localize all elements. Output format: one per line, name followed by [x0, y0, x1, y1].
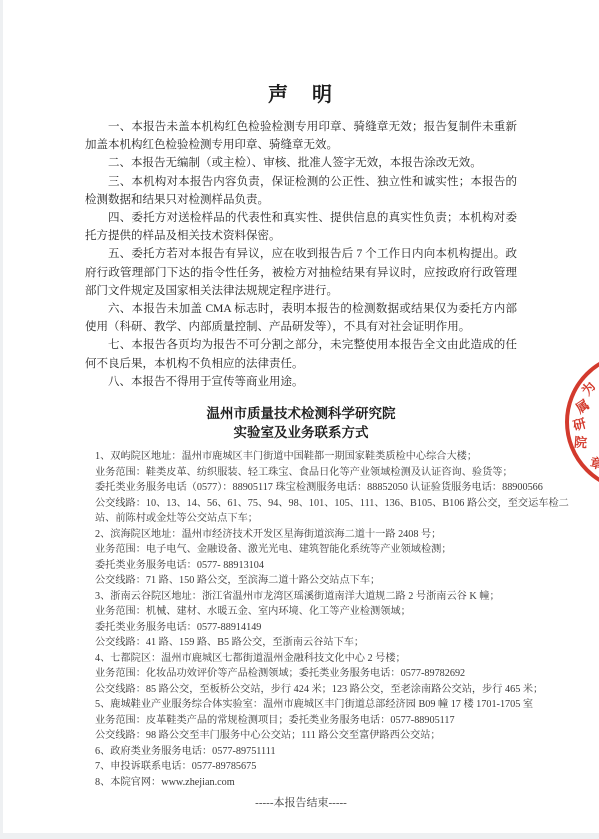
contact-line: 公交线路：71 路、150 路公交，至滨海二道十路公交站点下车； [95, 573, 579, 589]
statement-item-4: 四、委托方对送检样品的代表性和真实性、提供信息的真实性负责；本机构对委托方提供的… [85, 209, 517, 245]
contact-line: 委托类业务服务电话：0577- 88913104 [95, 558, 579, 574]
contact-line: 委托类业务服务电话（0577）：88905117 珠宝检测服务电话：888520… [95, 480, 579, 496]
contact-line: 公交线路：98 路公交至丰门服务中心公交站；111 路公交至富伊路西公交站； [95, 728, 579, 744]
institute-name: 温州市质量技术检测科学研究院 [3, 404, 599, 423]
stamp-character: 章 [589, 456, 599, 471]
contact-line: 公交线路：41 路、159 路、B5 路公交，至浙南云谷站下车； [95, 635, 579, 651]
report-end-line: -----本报告结束----- [3, 794, 599, 810]
contacts-section: 1、双屿院区地址：温州市鹿城区丰门街道中国鞋都一期国家鞋类质检中心综合大楼； 业… [95, 449, 579, 790]
contact-line: 1、双屿院区地址：温州市鹿城区丰门街道中国鞋都一期国家鞋类质检中心综合大楼； [95, 449, 579, 465]
stamp-character: 属 [573, 397, 591, 415]
statement-item-3: 三、本机构对本报告内容负责，保证检测的公正性、独立性和诚实性；本报告的检测数据和… [85, 173, 517, 209]
contact-line: 业务范围：电子电气、金融设备、激光光电、建筑智能化系统等产业领域检测； [95, 542, 579, 558]
screenshot-root: { "page": { "title": "声 明", "statements"… [0, 0, 599, 839]
institute-subtitle: 实验室及业务联系方式 [3, 423, 599, 442]
report-statement-page: 声 明 一、本报告未盖本机构红色检验检测专用印章、骑缝章无效；报告复制件未重新加… [3, 0, 599, 833]
statement-item-5: 五、委托方若对本报告有异议，应在收到报告后 7 个工作日内向本机构提出。政府行政… [85, 245, 517, 300]
contact-line: 8、本院官网：www.zhejian.com [95, 775, 579, 791]
stamp-character: 为 [579, 379, 597, 397]
institute-heading: 温州市质量技术检测科学研究院 实验室及业务联系方式 [3, 404, 599, 442]
statements-section: 一、本报告未盖本机构红色检验检测专用印章、骑缝章无效；报告复制件未重新加盖本机构… [85, 118, 517, 391]
statement-item-6: 六、本报告未加盖 CMA 标志时，表明本报告的检测数据或结果仅为委托方内部使用（… [85, 300, 517, 336]
contact-line: 6、政府类业务服务电话：0577-89751111 [95, 744, 579, 760]
contact-line: 2、滨海院区地址：温州市经济技术开发区星海街道滨海二道十一路 2408 号； [95, 527, 579, 543]
statement-item-7: 七、本报告各页均为报告不可分割之部分，未完整使用本报告全文由此造成的任何不良后果… [85, 336, 517, 372]
statement-item-8: 八、本报告不得用于宣传等商业用途。 [85, 373, 517, 391]
statement-item-2: 二、本报告无编制（或主检）、审核、批准人签字无效，本报告涂改无效。 [85, 154, 517, 172]
contact-line: 7、申投诉联系电话：0577-89785675 [95, 759, 579, 775]
contact-line: 业务范围：机械、建材、水暖五金、室内环境、化工等产业检测领域； [95, 604, 579, 620]
contact-line: 业务范围：皮革鞋类产品的常规检测项目；委托类业务服务电话：0577-889051… [95, 713, 579, 729]
contact-line: 公交线路：10、13、14、56、61、75、94、98、101、105、111… [95, 496, 579, 527]
contact-line: 3、浙南云谷院区地址：浙江省温州市龙湾区瑶溪街道南洋大道规二路 2 号浙南云谷 … [95, 589, 579, 605]
stamp-character: 院 [574, 436, 588, 450]
contact-line: 5、鹿城鞋业产业服务综合体实验室：温州市鹿城区丰门街道总部经济园 B09 幢 1… [95, 697, 579, 713]
contact-line: 业务范围：化妆品功效评价等产品检测领域；委托类业务服务电话：0577-89782… [95, 666, 579, 682]
stamp-character: 研 [571, 416, 587, 432]
contact-line: 委托类业务服务电话：0577-88914149 [95, 620, 579, 636]
contact-line: 业务范围：鞋类皮革、纺织服装、轻工珠宝、食品日化等产业领域检测及认证咨询、验货等… [95, 465, 579, 481]
contact-line: 公交线路：85 路公交，至板桥公交站，步行 424 米；123 路公交，至老涂南… [95, 682, 579, 698]
contact-line: 4、七都院区：温州市鹿城区七都街道温州金融科技文化中心 2 号楼； [95, 651, 579, 667]
statement-item-1: 一、本报告未盖本机构红色检验检测专用印章、骑缝章无效；报告复制件未重新加盖本机构… [85, 118, 517, 154]
page-title: 声 明 [3, 78, 599, 107]
